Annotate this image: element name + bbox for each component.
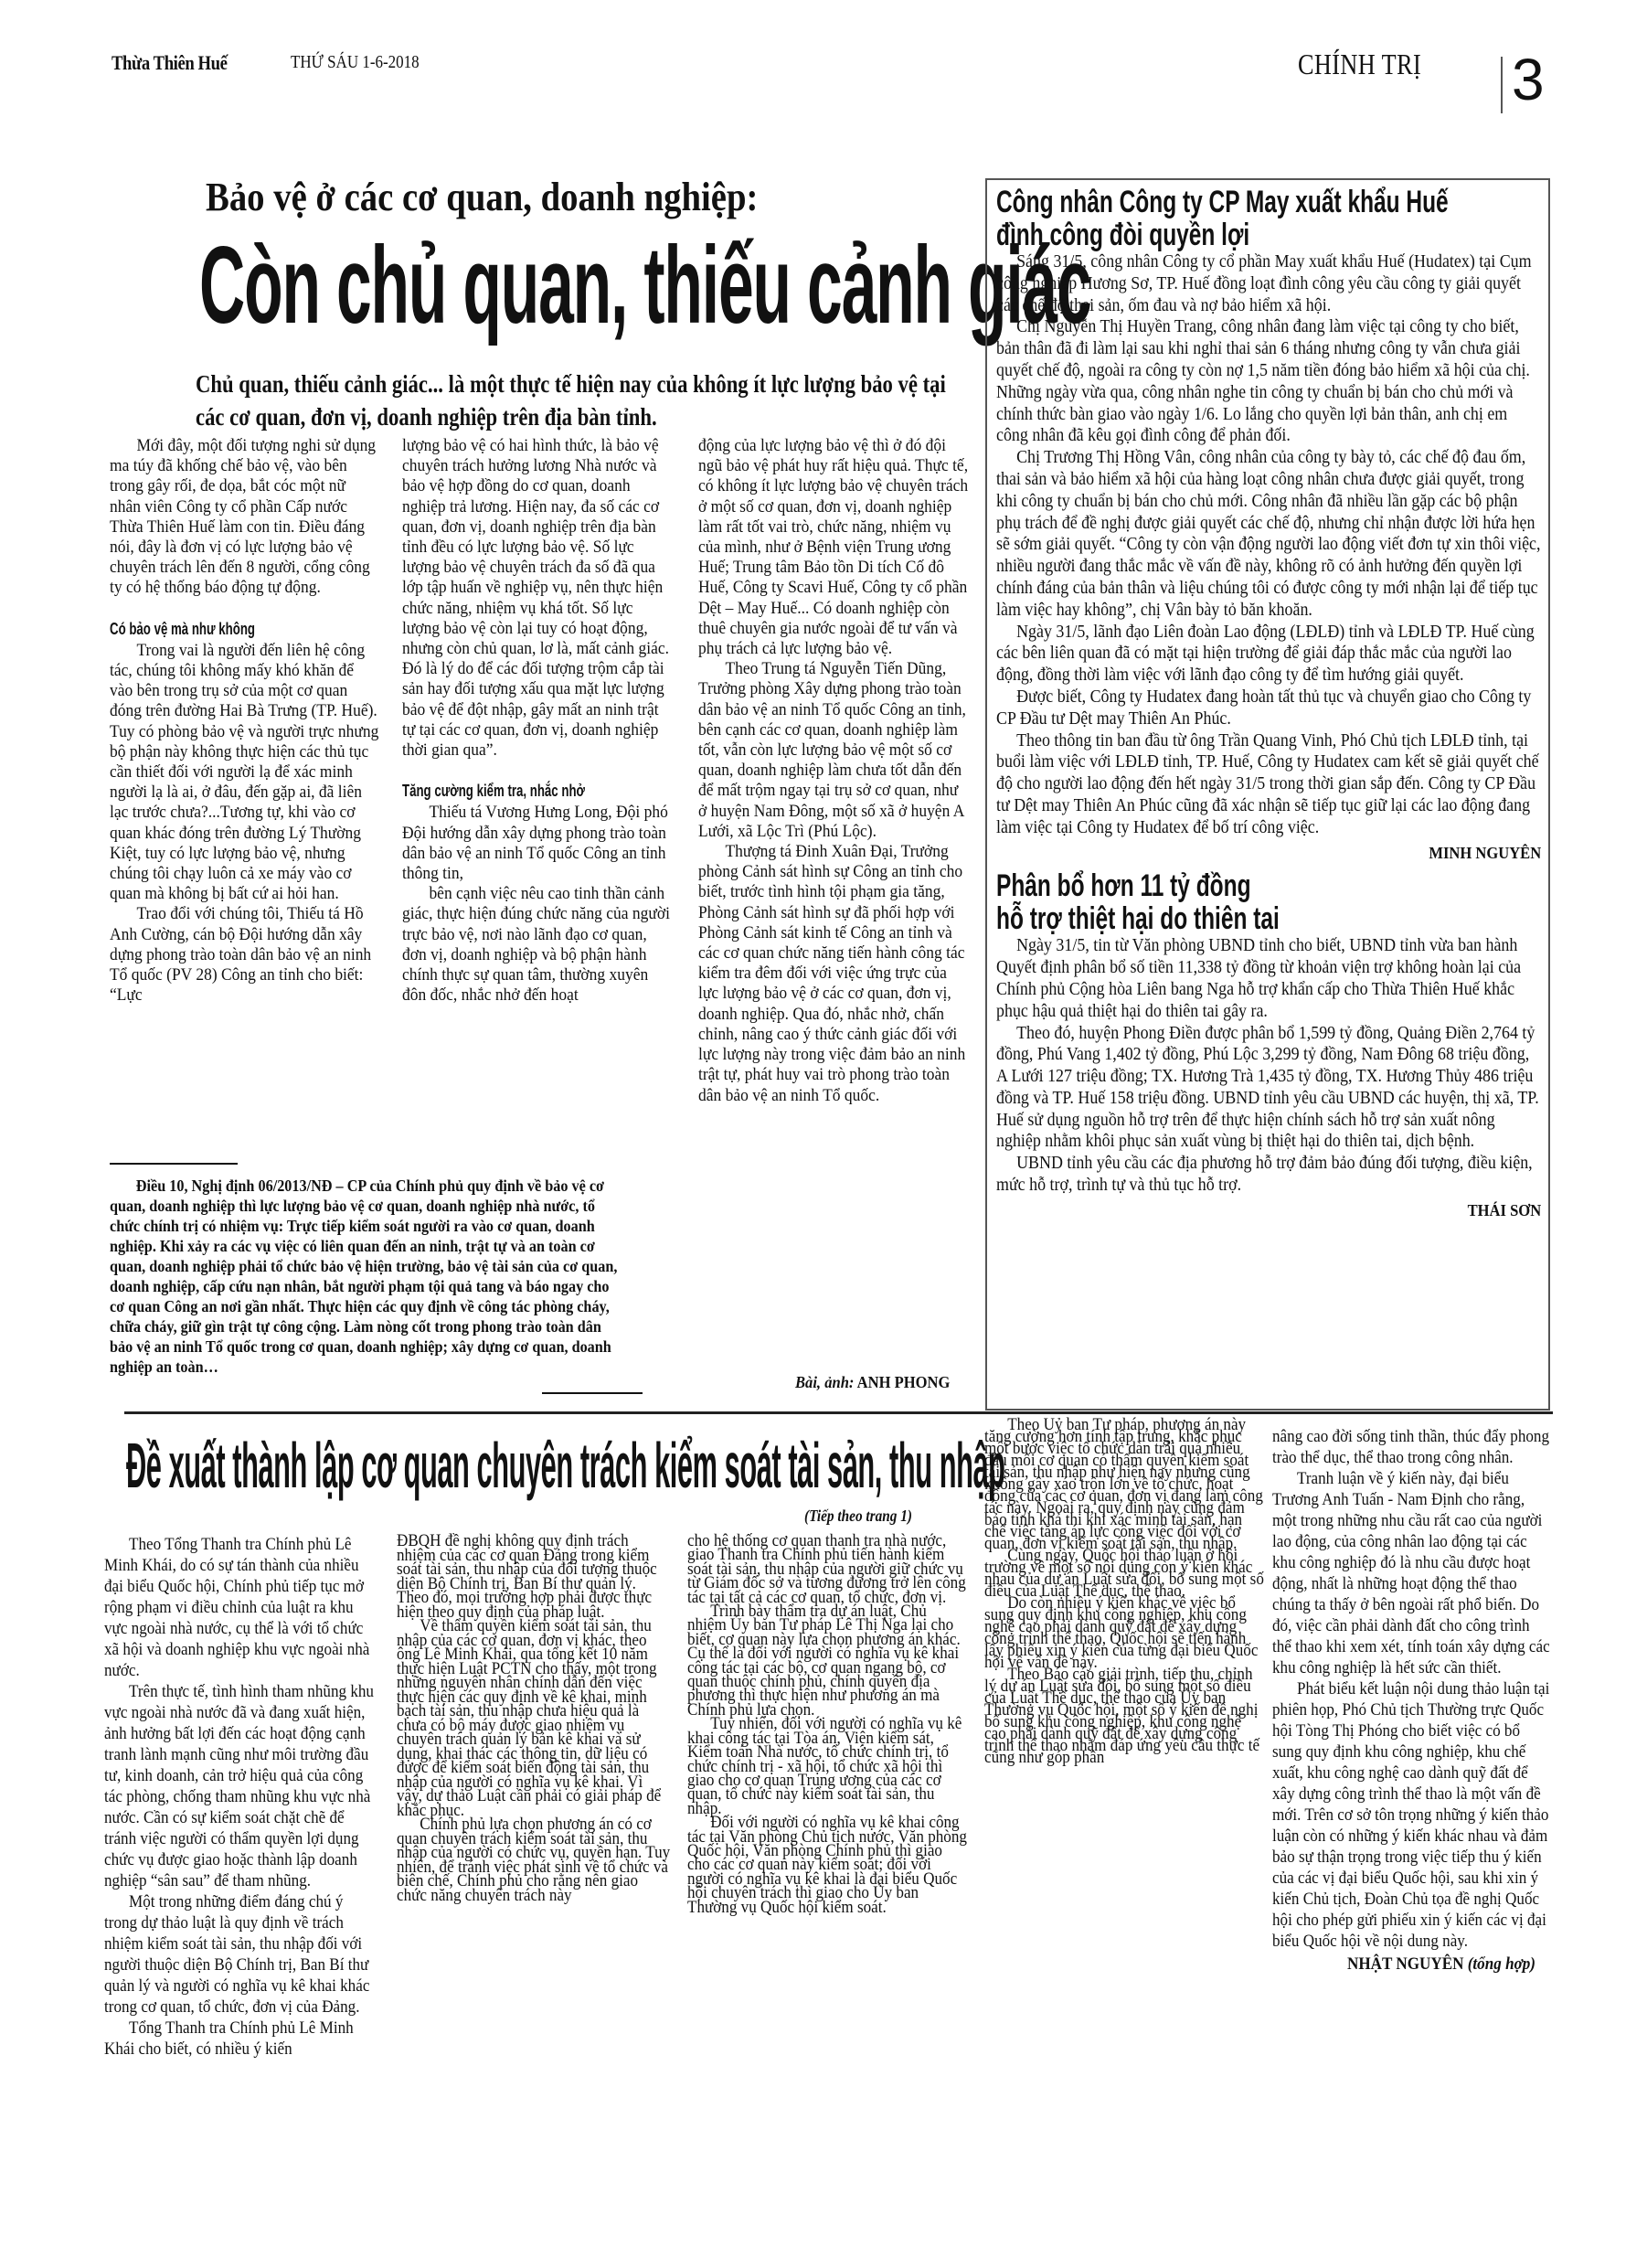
masthead-date: THỨ SÁU 1-6-2018 — [291, 52, 420, 73]
article2-column-4: Theo Uỷ ban Tư pháp, phương án này tăng … — [984, 1419, 1264, 1763]
paragraph: cho hệ thống cơ quan thanh tra nhà nước,… — [687, 1534, 967, 1604]
article1-kicker: Bảo vệ ở các cơ quan, doanh nghiệp: — [206, 174, 758, 220]
sidebar-story2-body: Ngày 31/5, tin từ Văn phòng UBND tỉnh ch… — [996, 935, 1541, 1221]
paragraph: Đối với người có nghĩa vụ kê khai công t… — [687, 1815, 967, 1914]
paragraph: Thiếu tá Vương Hưng Long, Đội phó Đội hư… — [402, 803, 673, 884]
paragraph: Tổng Thanh tra Chính phủ Lê Minh Khái ch… — [104, 2018, 379, 2060]
sidebar-story1-headline-line2: đình công đòi quyền lợi — [996, 218, 1391, 251]
section-name: CHÍNH TRỊ — [1298, 48, 1421, 81]
article2-headline: Đề xuất thành lập cơ quan chuyên trách k… — [126, 1431, 1005, 1500]
paragraph: Mới đây, một đối tượng nghi sử dụng ma t… — [110, 436, 380, 599]
page-number: 3 — [1512, 50, 1545, 109]
article2-column-2: ĐBQH đề nghị không quy định trách nhiệm … — [397, 1534, 672, 1902]
paragraph: Phát biểu kết luận nội dung thảo luận tạ… — [1272, 1678, 1552, 1952]
masthead-divider — [1501, 57, 1503, 113]
article1-sapo: Chủ quan, thiếu cảnh giác... là một thực… — [196, 367, 948, 433]
footnote-rule — [110, 1163, 238, 1165]
paragraph: Về thẩm quyền kiểm soát tài sản, thu nhậ… — [397, 1619, 672, 1817]
paragraph: Theo Báo cáo giải trình, tiếp thu, chỉnh… — [984, 1668, 1264, 1763]
paragraph: Trao đổi với chúng tôi, Thiếu tá Hồ Anh … — [110, 904, 380, 1006]
paragraph: Do còn nhiều ý kiến khác về việc bổ sung… — [984, 1597, 1264, 1668]
byline-name: NHẬT NGUYÊN — [1347, 1954, 1463, 1974]
paragraph: lượng bảo vệ có hai hình thức, là bảo vệ… — [402, 436, 673, 761]
section-divider — [124, 1411, 1553, 1414]
article2-column-5: nâng cao đời sống tinh thần, thúc đẩy ph… — [1272, 1426, 1552, 1975]
paragraph: Theo thông tin ban đầu từ ông Trần Quang… — [996, 730, 1541, 839]
footnote-rule-bottom — [542, 1392, 643, 1394]
article2-byline: NHẬT NGUYÊN (tổng hợp) — [1272, 1954, 1552, 1975]
paragraph: Ngày 31/5, lãnh đạo Liên đoàn Lao động (… — [996, 622, 1541, 687]
sidebar-story2-byline: THÁI SƠN — [996, 1200, 1541, 1222]
sidebar-story1-byline: MINH NGUYÊN — [996, 843, 1541, 865]
paragraph: Chính phủ lựa chọn phương án có cơ quan … — [397, 1817, 672, 1902]
paragraph: Một trong những điểm đáng chú ý trong dự… — [104, 1891, 379, 2018]
article1-column-3: động của lực lượng bảo vệ thì ở đó đội n… — [698, 436, 969, 1106]
paragraph: Theo Tổng Thanh tra Chính phủ Lê Minh Kh… — [104, 1534, 379, 1681]
sidebar-story1-body: Sáng 31/5, công nhân Công ty cổ phần May… — [996, 251, 1541, 864]
article1-byline: Bài, ảnh: ANH PHONG — [795, 1373, 950, 1392]
article2-continued-note: (Tiếp theo trang 1) — [804, 1507, 912, 1526]
paragraph: Cùng ngày, Quốc hội thảo luận ở hội trườ… — [984, 1549, 1264, 1597]
article1-headline: Còn chủ quan, thiếu cảnh giác — [199, 230, 1091, 340]
paragraph: Thượng tá Đinh Xuân Đại, Trưởng phòng Cả… — [698, 842, 969, 1106]
sidebar-story2-headline-line1: Phân bổ hơn 11 tỷ đồng — [996, 869, 1391, 902]
sidebar-story2-headline-line2: hỗ trợ thiệt hại do thiên tai — [996, 902, 1391, 935]
article2-column-3: cho hệ thống cơ quan thanh tra nhà nước,… — [687, 1534, 967, 1914]
paragraph: Theo đó, huyện Phong Điền được phân bổ 1… — [996, 1023, 1541, 1154]
paragraph: Trình bày thẩm tra dự án luật, Chủ nhiệm… — [687, 1604, 967, 1717]
paragraph: Trong vai là người đến liên hệ công tác,… — [110, 641, 380, 905]
article1-column-1: Mới đây, một đối tượng nghi sử dụng ma t… — [110, 436, 380, 1006]
legal-footnote-box: Điều 10, Nghị định 06/2013/NĐ – CP của C… — [110, 1176, 620, 1377]
paragraph: Tuy nhiên, đối với người có nghĩa vụ kê … — [687, 1717, 967, 1815]
paragraph: Theo Trung tá Nguyễn Tiến Dũng, Trưởng p… — [698, 659, 969, 842]
paragraph: Tranh luận về ý kiến này, đại biểu Trươn… — [1272, 1468, 1552, 1678]
paragraph: Ngày 31/5, tin từ Văn phòng UBND tỉnh ch… — [996, 935, 1541, 1022]
byline-note: (tổng hợp) — [1468, 1954, 1535, 1974]
article1-subhead-2: Tăng cường kiểm tra, nhắc nhở — [402, 781, 619, 801]
news-sidebar-box: Công nhân Công ty CP May xuất khẩu Huế đ… — [985, 178, 1550, 1411]
article1-column-2: lượng bảo vệ có hai hình thức, là bảo vệ… — [402, 436, 673, 1006]
paragraph: Sáng 31/5, công nhân Công ty cổ phần May… — [996, 251, 1541, 316]
paragraph: Chị Trương Thị Hồng Vân, công nhân của c… — [996, 447, 1541, 621]
paragraph: động của lực lượng bảo vệ thì ở đó đội n… — [698, 436, 969, 659]
paragraph: Được biết, Công ty Hudatex đang hoàn tất… — [996, 687, 1541, 730]
paragraph: nâng cao đời sống tinh thần, thúc đẩy ph… — [1272, 1426, 1552, 1468]
paragraph: UBND tỉnh yêu cầu các địa phương hỗ trợ … — [996, 1153, 1541, 1197]
masthead-paper-name: Thừa Thiên Huế — [112, 51, 228, 75]
paragraph: bên cạnh việc nêu cao tinh thần cảnh giá… — [402, 884, 673, 1006]
sidebar-story1-headline-line1: Công nhân Công ty CP May xuất khẩu Huế — [996, 186, 1391, 218]
paragraph: Theo Uỷ ban Tư pháp, phương án này tăng … — [984, 1419, 1264, 1549]
footnote-text: Điều 10, Nghị định 06/2013/NĐ – CP của C… — [110, 1176, 620, 1377]
paragraph: Trên thực tế, tình hình tham nhũng khu v… — [104, 1681, 379, 1891]
byline-prefix: Bài, ảnh: — [795, 1373, 854, 1391]
article1-subhead-1: Có bảo vệ mà như không — [110, 619, 326, 639]
paragraph: Chị Nguyễn Thị Huyền Trang, công nhân đa… — [996, 316, 1541, 447]
paragraph: ĐBQH đề nghị không quy định trách nhiệm … — [397, 1534, 672, 1619]
article2-column-1: Theo Tổng Thanh tra Chính phủ Lê Minh Kh… — [104, 1534, 379, 2060]
byline-name: ANH PHONG — [857, 1373, 951, 1391]
